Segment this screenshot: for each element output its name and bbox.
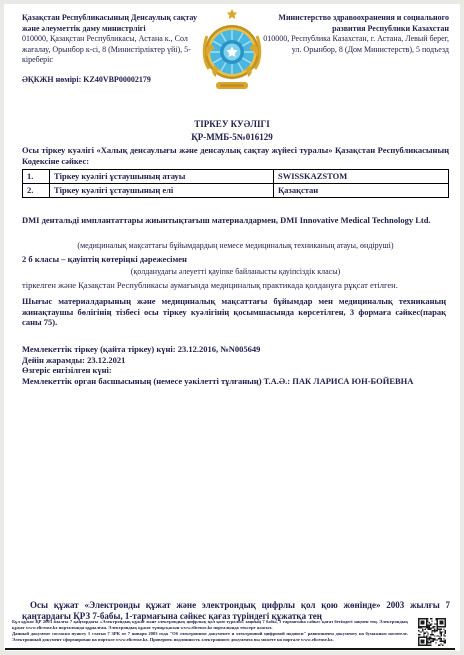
title-line1: ТІРКЕУ КУӘЛІГІ (0, 118, 464, 131)
holder-table: 1. Тіркеу куәлігі ұстаушының атауы SWISS… (22, 169, 449, 198)
row-number: 1. (23, 170, 50, 184)
fineprint-block: Бұл құжат ҚР 2003 жылғы 7 қаңтардағы «Эл… (12, 619, 408, 643)
fineprint-kazakh: Бұл құжат ҚР 2003 жылғы 7 қаңтардағы «Эл… (12, 619, 408, 630)
document-title: ТІРКЕУ КУӘЛІГІ ҚР-ММБ-5№016129 (0, 118, 464, 144)
fineprint-russian: Данный документ согласно пункту 1 статьи… (12, 631, 408, 642)
annex-paragraph: Шығыс материалдарының және медициналық м… (22, 296, 446, 328)
row-value: Қазақстан (274, 184, 449, 198)
registration-date-line: Мемлекеттік тіркеу (қайта тіркеу) күні: … (22, 344, 452, 355)
intro-paragraph: Осы тіркеу куәлігі «Халық денсаулығы жән… (22, 145, 449, 166)
risk-class-caption: (қолданудағы әлеуетті қауіпке байланысты… (22, 267, 449, 278)
amendment-date-line: Өзгеріс енгізілген күні: (22, 365, 452, 376)
risk-class-line: 2 б класы – қауіптің көтеріңкі дәрежесім… (22, 254, 449, 265)
agency-head-line: Мемлекеттік орган басшысының (немесе уәк… (22, 376, 452, 387)
registration-certificate-document: Қазақстан Республикасының Денсаулық сақт… (0, 0, 464, 655)
ministry-address-kk: 010000, Қазақстан Республикасы, Астана к… (22, 34, 200, 66)
header-right-block: Министерство здравоохранения и социально… (263, 13, 449, 55)
registered-statement: тіркелген және Қазақстан Республикасы ау… (22, 280, 449, 291)
okpo-code-line: ӘҚКЖН нөмірі: KZ40VBP00002179 (22, 75, 200, 86)
table-row: 1. Тіркеу куәлігі ұстаушының атауы SWISS… (23, 170, 449, 184)
product-caption: (медициналық мақсаттағы бұйымдардың неме… (22, 241, 449, 252)
row-label: Тіркеу куәлігі ұстаушының елі (50, 184, 274, 198)
bottom-divider-line (5, 648, 455, 650)
valid-until-line: Дейін жарамды: 23.12.2021 (22, 355, 452, 366)
ministry-name-kk: Қазақстан Республикасының Денсаулық сақт… (22, 13, 200, 34)
header-left-block: Қазақстан Республикасының Денсаулық сақт… (22, 13, 200, 85)
kazakhstan-emblem-icon (202, 8, 262, 100)
title-line2-certificate-number: ҚР-ММБ-5№016129 (0, 131, 464, 144)
row-number: 2. (23, 184, 50, 198)
ministry-name-ru: Министерство здравоохранения и социально… (263, 13, 449, 34)
row-value: SWISSKAZSTOM (274, 170, 449, 184)
product-name: DMI дентальді имплантаттары жиынтықтағыш… (22, 215, 449, 226)
row-label: Тіркеу куәлігі ұстаушының атауы (50, 170, 274, 184)
qr-code (418, 618, 446, 646)
ministry-address-ru: 010000, Республика Казахстан, г. Астана,… (263, 34, 449, 55)
registration-details-block: Мемлекеттік тіркеу (қайта тіркеу) күні: … (22, 344, 452, 386)
table-row: 2. Тіркеу куәлігі ұстаушының елі Қазақст… (23, 184, 449, 198)
